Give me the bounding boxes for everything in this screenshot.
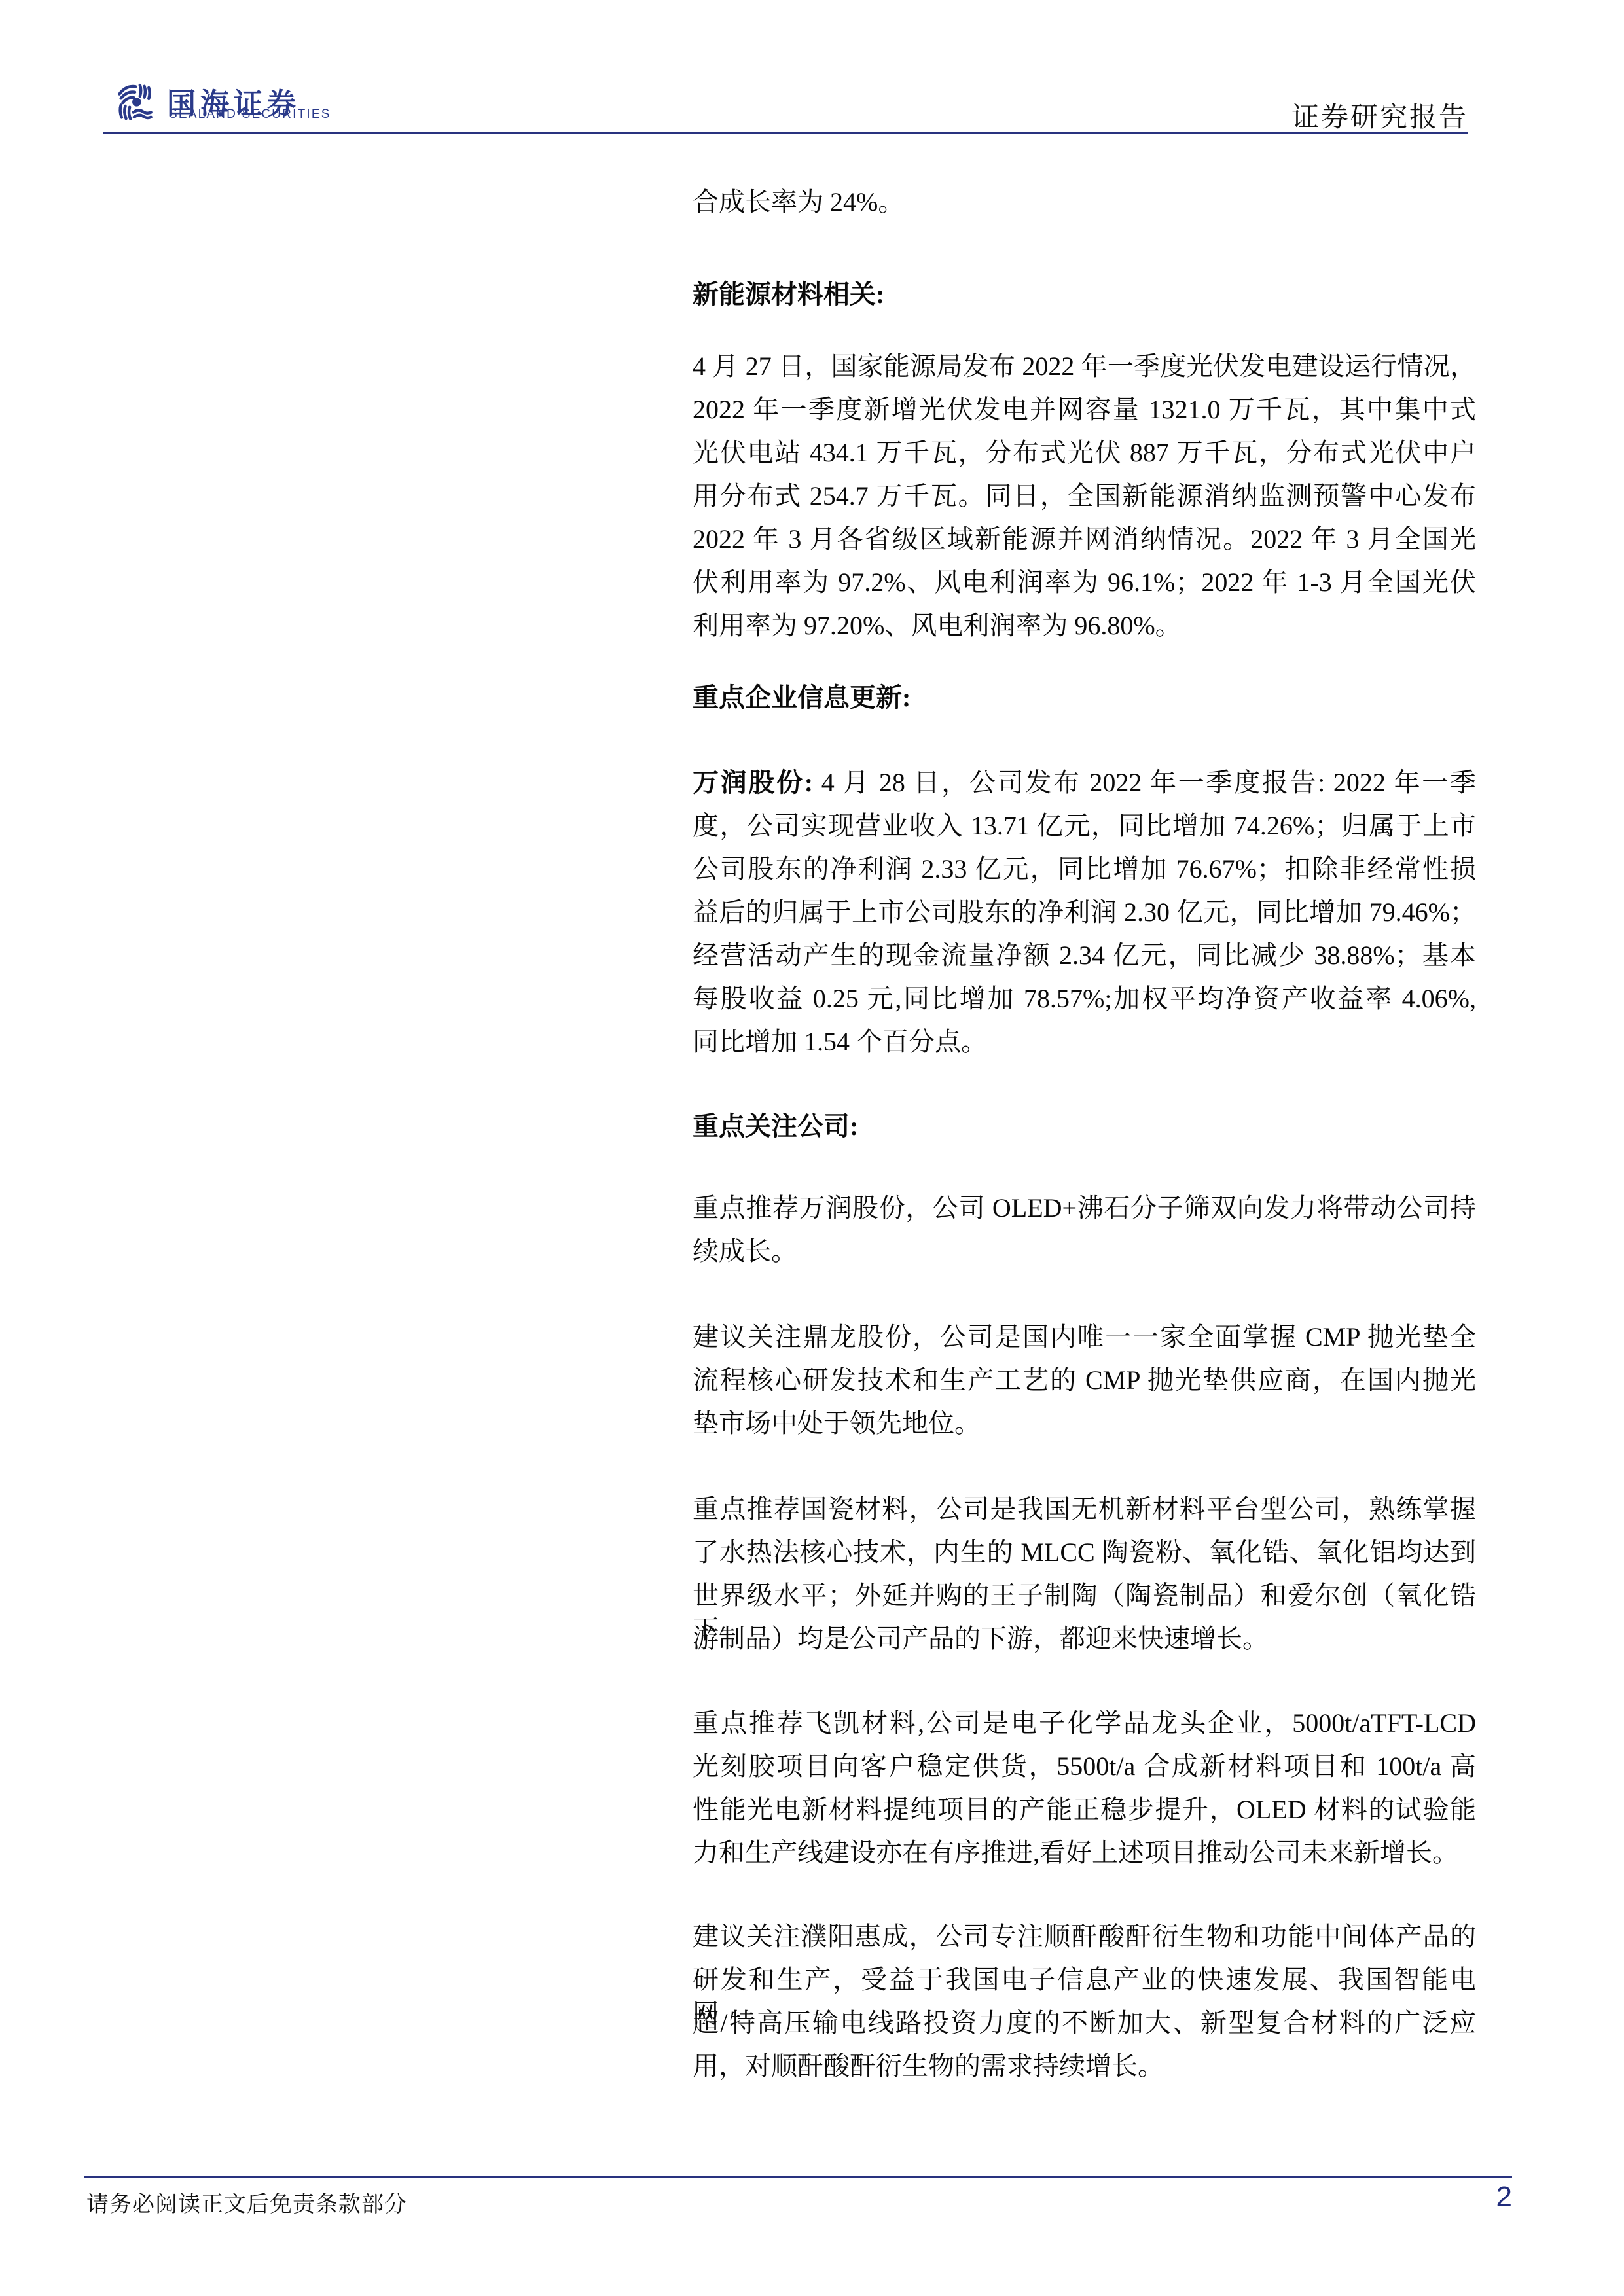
- intro-line: 合成长率为 24%。: [693, 185, 1476, 219]
- footer-disclaimer: 请务必阅读正文后免责条款部分: [86, 2186, 407, 2218]
- body-line: 公司股东的净利润 2.33 亿元，同比增加 76.67%；扣除非经常性损: [693, 852, 1476, 886]
- body-line: 续成长。: [693, 1234, 1476, 1268]
- body-line: 益后的归属于上市公司股东的净利润 2.30 亿元，同比增加 79.46%；: [693, 895, 1476, 929]
- body-line: 用，对顺酐酸酐衍生物的需求持续增长。: [693, 2049, 1476, 2083]
- body-line: 重点推荐国瓷材料，公司是我国无机新材料平台型公司，熟练掌握: [693, 1492, 1476, 1526]
- body-line: 利用率为 97.20%、风电利润率为 96.80%。: [693, 609, 1476, 643]
- section-heading-new-energy-materials: 新能源材料相关:: [693, 278, 1476, 312]
- section-heading-key-company-updates: 重点企业信息更新:: [693, 681, 1476, 715]
- body-line: 重点推荐飞凯材料,公司是电子化学品龙头企业，5000t/aTFT-LCD: [693, 1706, 1476, 1740]
- body-line: 度，公司实现营业收入 13.71 亿元，同比增加 74.26%；归属于上市: [693, 809, 1476, 843]
- body-line: 用分布式 254.7 万千瓦。同日，全国新能源消纳监测预警中心发布: [693, 479, 1476, 513]
- logo-company-name-en: SEALAND SECURITIES: [169, 107, 331, 122]
- body-line: 了水热法核心技术，内生的 MLCC 陶瓷粉、氧化锆、氧化铝均达到: [693, 1535, 1476, 1570]
- report-page: 国海证券 SEALAND SECURITIES 证券研究报告 合成长率为 24%…: [0, 0, 1624, 2296]
- body-line: 性能光电新材料提纯项目的产能正稳步提升，OLED 材料的试验能: [693, 1793, 1476, 1827]
- body-line: 2022 年 3 月各省级区域新能源并网消纳情况。2022 年 3 月全国光: [693, 522, 1476, 556]
- body-line: 力和生产线建设亦在有序推进,看好上述项目推动公司未来新增长。: [693, 1836, 1476, 1870]
- company-name-bold: 万润股份:: [693, 768, 813, 797]
- body-line: 经营活动产生的现金流量净额 2.34 亿元，同比减少 38.88%；基本: [693, 939, 1476, 973]
- body-line: 4 月 27 日，国家能源局发布 2022 年一季度光伏发电建设运行情况，: [693, 350, 1476, 384]
- body-line: 万润股份: 4 月 28 日，公司发布 2022 年一季度报告: 2022 年一…: [693, 766, 1476, 800]
- body-line: 建议关注鼎龙股份，公司是国内唯一一家全面掌握 CMP 抛光垫全: [693, 1320, 1476, 1354]
- body-line: 超/特高压输电线路投资力度的不断加大、新型复合材料的广泛应: [693, 2006, 1476, 2040]
- page-number: 2: [1496, 2181, 1512, 2214]
- body-line: 游制品）均是公司产品的下游，都迎来快速增长。: [693, 1622, 1476, 1656]
- body-line: 重点推荐万润股份，公司 OLED+沸石分子筛双向发力将带动公司持: [693, 1191, 1476, 1225]
- body-line-text: 4 月 28 日，公司发布 2022 年一季度报告: 2022 年一季: [813, 768, 1476, 797]
- sealand-logo-icon: [117, 82, 153, 123]
- header-divider: [103, 132, 1468, 134]
- report-type-label: 证券研究报告: [1291, 96, 1468, 135]
- body-line: 伏利用率为 97.2%、风电利润率为 96.1%；2022 年 1-3 月全国光…: [693, 565, 1476, 600]
- body-line: 建议关注濮阳惠成，公司专注顺酐酸酐衍生物和功能中间体产品的: [693, 1920, 1476, 1954]
- body-line: 2022 年一季度新增光伏发电并网容量 1321.0 万千瓦，其中集中式: [693, 393, 1476, 427]
- body-line: 同比增加 1.54 个百分点。: [693, 1025, 1476, 1059]
- body-line: 光刻胶项目向客户稳定供货，5500t/a 合成新材料项目和 100t/a 高: [693, 1749, 1476, 1784]
- body-line: 垫市场中处于领先地位。: [693, 1407, 1476, 1441]
- section-heading-focus-companies: 重点关注公司:: [693, 1109, 1476, 1143]
- footer-divider: [84, 2176, 1512, 2178]
- body-line: 流程核心研发技术和生产工艺的 CMP 抛光垫供应商，在国内抛光: [693, 1363, 1476, 1397]
- body-line: 光伏电站 434.1 万千瓦，分布式光伏 887 万千瓦，分布式光伏中户: [693, 436, 1476, 470]
- body-line: 每股收益 0.25 元,同比增加 78.57%;加权平均净资产收益率 4.06%…: [693, 982, 1476, 1016]
